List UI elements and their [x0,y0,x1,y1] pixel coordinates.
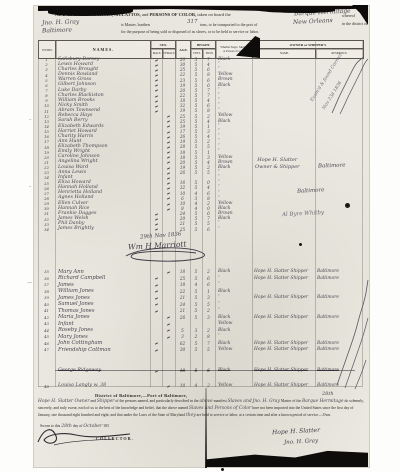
sex-tick-mark [154,74,157,76]
entry-number: 25 [38,182,55,186]
sex-tick-mark [154,213,157,215]
entry-number: 34 [38,228,55,232]
sex-female-mark [162,173,175,174]
entry-number: 26 [38,187,55,191]
colour-value: Black [215,270,252,274]
affidavit-script: Slaves and [228,399,252,404]
height-inches: 3 [202,316,215,320]
height-feet: 5 [190,73,202,77]
master-line: is Master, burthen [121,22,150,27]
sex-female-mark [162,386,175,387]
sex-tick-mark [167,193,170,195]
height-inches: 3 [202,296,215,300]
height-feet: 5 [190,270,202,274]
person-name: Friendship Cottman [55,348,150,353]
colour-value: ″ [215,135,252,139]
title-connector: and [142,12,149,17]
manifest-row: 48Louisa Langly w. 381042YellowHope H. S… [38,379,362,394]
sex-male-mark [150,96,162,97]
person-name: Maria Jones [55,315,150,320]
colour-value: Black [215,217,252,221]
sex-male-mark [150,291,162,292]
height-feet: 5 [190,309,202,313]
age-value: 26 [175,171,190,175]
owner-value: Hope H. Slatter Shipper [252,296,315,300]
master-name-script: Jno. H. Gray [42,18,79,26]
tonnage-script: 317 [187,19,198,25]
entry-number: 42 [38,316,55,320]
entry-number: 40 [38,303,55,307]
person-name: Roseby Jones [55,328,150,333]
colour-value: ″ [215,94,252,98]
affidavit-script: Barque Hermitage [302,399,343,404]
height-feet: 5 [190,277,202,281]
height-inches: 2 [202,384,215,388]
sex-tick-mark [154,218,157,220]
height-feet: 5 [190,342,202,346]
sex-female-mark [162,116,175,117]
age-value: 25 [175,277,190,281]
sex-tick-mark [167,208,170,210]
entry-number: 33 [38,223,55,227]
colour-value: Yellow [215,322,252,326]
owner-value: Hope H. Slatter Shipper [252,384,315,388]
sex-female-mark [162,193,175,194]
colour-value: ″ [215,186,252,190]
sex-tick-mark [154,59,157,61]
height-feet: 4 [190,384,202,388]
purpose-line: for the purpose of being sold or dispose… [121,29,259,34]
height-feet: 2 [190,335,202,339]
manifest-row: 34James Brightly2556″ [38,227,362,232]
colour-value: ″ [215,171,252,175]
sex-female-mark [162,142,175,143]
entry-number: 39 [38,296,55,300]
sex-tick-mark [154,297,157,299]
entry-number: 37 [38,283,55,287]
affidavit-paragraph: Hope H. Slatter Owner and Shipper of the… [38,399,364,419]
sex-female-mark [162,337,175,338]
margin-dash: — [27,280,32,286]
height-inches: 8 [202,73,215,77]
height-feet: 5 [190,109,202,113]
sex-tick-mark [167,126,170,128]
signature-flourish [118,248,213,264]
sex-male-mark [150,343,162,344]
height-inches: 2 [202,270,215,274]
scanned-manifest-document: MANIFEST of NEGROES, MULATTOS, and PERSO… [0,0,400,472]
age-value: 21 [175,309,190,313]
entry-number: 4 [38,74,55,78]
height-inches: 6 [202,283,215,287]
sex-male-mark [150,75,162,76]
sex-tick-mark [154,110,157,112]
sex-male-mark [150,371,162,372]
sex-tick-mark [167,182,170,184]
sex-tick-mark [167,323,170,325]
manifest-section-3: George Ridgeway1856BlackHope H. Slatter … [38,364,362,394]
colour-value: Black [215,342,252,346]
sex-tick-mark [154,278,157,280]
affidavit-heading-date: 28th [322,391,334,397]
marginalia-squiggle [330,55,370,115]
entry-number: 38 [38,290,55,294]
sex-tick-mark [167,146,170,148]
margin-dash: – [29,117,32,123]
age-value: 22 [175,73,190,77]
sex-tick-mark [154,79,157,81]
entry-number: 45 [38,335,55,339]
title-connector: taken on board the [197,12,230,17]
whereof-label: whereof [342,13,355,18]
entry-number: 32 [38,218,55,222]
page-crease [205,388,207,468]
sex-male-mark [150,219,162,220]
colour-value: ″ [215,63,252,67]
colour-value: ″ [215,140,252,144]
entry-number: 48 [38,385,55,389]
height-inches: 7 [202,342,215,346]
colour-value: ″ [215,277,252,281]
sex-tick-mark [167,136,170,138]
sex-male-mark [150,70,162,71]
colour-value: ″ [215,176,252,180]
sex-tick-mark [167,187,170,189]
sex-female-mark [162,178,175,179]
sex-tick-mark [154,100,157,102]
sex-female-mark [162,317,175,318]
affidavit-script: Hope H. Slatter Owner [38,399,89,404]
person-name: James [55,283,150,288]
age-value: 10 [175,384,190,388]
owner-name-script: Hope H. Slatter [255,157,300,164]
sex-tick-mark [154,284,157,286]
sex-tick-mark [154,349,157,351]
person-name: Mary Ann [55,270,150,275]
height-feet: 5 [190,290,202,294]
sex-male-mark [150,298,162,299]
sex-male-mark [150,350,162,351]
person-name: Richard Campbell [55,276,150,281]
height-feet: 4 [190,283,202,287]
entry-number: 3 [38,68,55,72]
sex-female-mark [162,272,175,273]
sex-female-mark [162,204,175,205]
manifest-section-1: 1Salisbury Dorsey2057Black2Lewis Howard3… [38,58,362,233]
sex-tick-mark [154,69,157,71]
marginalia-squiggle [335,250,369,390]
colour-value: ″ [215,89,252,93]
sex-male-mark [150,85,162,86]
entry-number: 47 [38,348,55,352]
age-value: 26 [175,316,190,320]
owner-role-script: Owner & Shipper [255,164,300,171]
sex-female-mark [162,183,175,184]
collector-signature [34,424,139,448]
owner-value: Hope H. Slatter Shipper [252,277,315,281]
sex-male-mark [150,278,162,279]
sex-male-mark [150,311,162,312]
sex-tick-mark [167,157,170,159]
sex-tick-mark [167,271,170,273]
sex-tick-mark [154,105,157,107]
age-value: 24 [175,303,190,307]
age-value: 28 [175,145,190,149]
height-feet: 5 [190,348,202,352]
sex-female-mark [162,168,175,169]
sex-female-mark [162,126,175,127]
age-value: 21 [175,296,190,300]
affidavit-print: are held to service or labor, at a certa… [197,413,331,417]
affidavit-script: they [186,413,196,418]
sex-tick-mark [167,385,170,387]
margin-dash: – [29,184,32,190]
strikethrough-line [55,370,355,371]
sex-tick-mark [167,121,170,123]
sex-tick-mark [154,304,157,306]
sex-tick-mark [167,167,170,169]
age-value: 5 [175,329,190,333]
sex-tick-mark [154,223,157,225]
sex-female-mark [162,147,175,148]
entry-number: 17 [38,140,55,144]
sex-female-mark [162,157,175,158]
entry-number: 11 [38,110,55,114]
age-value: 18 [175,283,190,287]
colour-value: Black [215,84,252,88]
sex-male-mark [150,65,162,66]
colour-value: ″ [215,181,252,185]
height-feet: 5 [190,296,202,300]
height-inches: 2 [202,329,215,333]
manifest-section-2: 35Mary Ann1852BlackHope H. Slatter Shipp… [38,269,362,354]
person-name: Louisa Langly w. 38 [55,384,150,389]
district-line: in the district of [342,21,367,26]
owner-value: Hope H. Slatter Shipper [252,342,315,346]
ink-dot [345,203,350,208]
manifest-row: 47Friendship Cottman3055YellowHope H. Sl… [38,347,362,354]
sex-male-mark [150,285,162,286]
affidavit-script: Shipper [97,399,115,404]
sex-tick-mark [154,310,157,312]
title-word: PERSONS OF COLOR, [150,12,197,17]
height-feet: 5 [190,171,202,175]
entry-number: 18 [38,146,55,150]
colour-value: ″ [215,130,252,134]
colour-value: Yellow [215,348,252,352]
height-feet: 5 [190,145,202,149]
affidavit-print: Master of the [281,399,301,403]
height-feet: 5 [190,316,202,320]
affidavit-print: and [90,399,95,403]
owner-residence-script: Baltimore [318,163,346,170]
age-value: 19 [175,109,190,113]
affidavit-print: that the above named [156,406,188,410]
entry-number: 43 [38,322,55,326]
colour-value: ″ [215,192,252,196]
colour-value: ″ [215,303,252,307]
tons-line: tons, to be transported to the port of [200,22,257,27]
affidavit-print: of the persons named, and particularly d… [115,399,198,403]
entry-number: 35 [38,270,55,274]
entry-number: 31 [38,212,55,216]
port-of-lading-script: Baltimore [42,26,72,34]
sex-male-mark [150,229,162,230]
sex-female-mark [162,137,175,138]
height-inches: 5 [202,303,215,307]
person-name: Mary Jones [55,335,150,340]
age-value: 18 [175,270,190,274]
sex-female-mark [162,132,175,133]
person-name: William Jones [55,289,150,294]
sex-tick-mark [167,203,170,205]
person-name: Infant [55,322,150,327]
height-inches: 5 [202,145,215,149]
height-inches: 5 [202,171,215,175]
sex-male-mark [150,224,162,225]
height-feet: 5 [190,303,202,307]
person-name: Samuel Jones [55,302,150,307]
sex-female-mark [162,324,175,325]
sex-male-mark [150,90,162,91]
colour-value: ″ [215,283,252,287]
sex-female-mark [162,121,175,122]
sex-tick-mark [167,330,170,332]
person-name: James Jones [55,296,150,301]
entry-number: 5 [38,79,55,83]
colour-value: ″ [215,125,252,129]
height-inches: 6 [202,228,215,232]
colour-value: ″ [215,309,252,313]
owner-value: Hope H. Slatter Shipper [252,348,315,352]
height-inches: 6 [202,277,215,281]
age-value: 3 [175,335,190,339]
colour-value: Black [215,316,252,320]
entry-number: 12 [38,115,55,119]
sex-male-mark [150,304,162,305]
sex-tick-mark [154,64,157,66]
colour-value: ″ [215,228,252,232]
sex-tick-mark [167,177,170,179]
colour-value: ″ [215,145,252,149]
sex-tick-mark [167,141,170,143]
sex-female-mark [162,188,175,189]
affidavit-heading: District of Baltimore,—Port of Baltimore… [95,393,187,398]
person-name: James Brightly [55,227,150,232]
affidavit-script: Jno. H. Gray [253,399,280,404]
entry-number: 44 [38,329,55,333]
sex-male-mark [150,80,162,81]
sex-tick-mark [154,343,157,345]
height-inches: 5 [202,348,215,352]
colour-value: ″ [215,335,252,339]
sex-female-mark [162,162,175,163]
height-inches: 1 [202,290,215,294]
age-value: 30 [175,348,190,352]
ink-dot [221,468,224,471]
colour-value: Black [215,329,252,333]
sex-female-mark [162,198,175,199]
sex-tick-mark [167,131,170,133]
ink-dot [299,243,302,246]
owner-value: Hope H. Slatter Shipper [252,270,315,274]
sex-tick-mark [167,198,170,200]
sex-male-mark [150,214,162,215]
height-inches: 2 [202,309,215,313]
sex-tick-mark [154,90,157,92]
colour-value: Black [215,290,252,294]
sex-tick-mark [154,229,157,231]
entry-number: 46 [38,342,55,346]
manifest-row: George Ridgeway1856BlackHope H. Slatter … [38,364,362,379]
age-value: 22 [175,290,190,294]
sex-tick-mark [167,162,170,164]
sex-female-mark [162,330,175,331]
age-value: 62 [175,342,190,346]
colour-value: ″ [215,99,252,103]
height-feet: 5 [190,228,202,232]
sex-tick-mark [167,317,170,319]
sex-tick-mark [154,291,157,293]
colour-value: ″ [215,104,252,108]
colour-value: Yellow [215,384,252,388]
colour-value: ″ [215,296,252,300]
colour-value: ″ [215,222,252,226]
sex-male-mark [150,60,162,61]
height-inches: 8 [202,335,215,339]
sex-male-mark [150,106,162,107]
affidavit-print: eight hundred and eight; and that under … [73,413,186,417]
colour-value: Black [215,58,252,62]
entry-number: 19 [38,151,55,155]
sex-male-mark [150,111,162,112]
owner-value: Hope H. Slatter Shipper [252,316,315,320]
affidavit-script: Slaves and Persons of Color [189,406,251,411]
colour-value: Black [215,120,252,124]
sex-female-mark [162,152,175,153]
sex-tick-mark [154,85,157,87]
person-name: Thomas Jones [55,309,150,314]
height-inches: 8 [202,109,215,113]
sex-tick-mark [167,172,170,174]
sex-tick-mark [154,95,157,97]
affidavit-print: manifest [214,399,227,403]
entry-number: 36 [38,277,55,281]
entry-number: 24 [38,176,55,180]
owner-shipper-block: Hope H. Slatter Owner & Shipper [255,157,300,170]
person-name: John Cottingham [55,341,150,346]
sex-female-mark [162,209,175,210]
height-feet: 3 [190,329,202,333]
entry-number: 41 [38,309,55,313]
entry-number: 10 [38,104,55,108]
sex-male-mark [150,101,162,102]
sex-tick-mark [167,115,170,117]
sex-tick-mark [167,336,170,338]
colour-value: Black [215,166,252,170]
sex-tick-mark [167,151,170,153]
